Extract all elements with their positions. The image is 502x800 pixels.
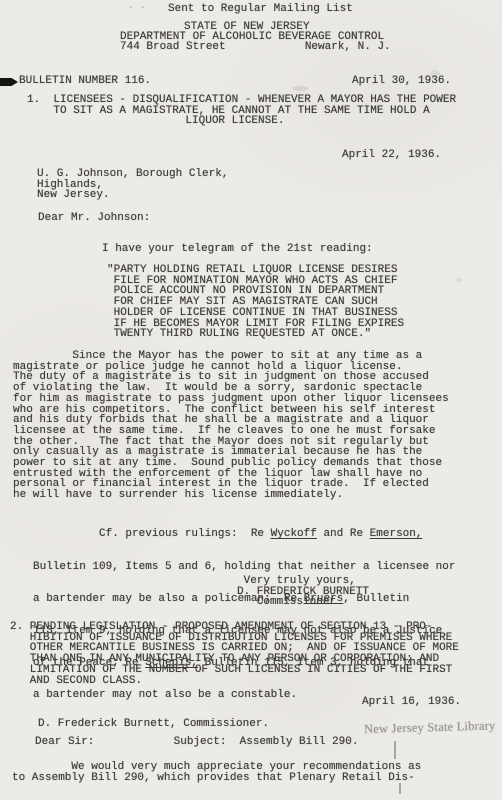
bulletin-title: BULLETIN NUMBER 116. bbox=[19, 76, 151, 87]
letter1-body-paragraph: Since the Mayor has the power to sit at … bbox=[13, 351, 449, 501]
letter1-date: April 22, 1936. bbox=[342, 150, 441, 161]
cf-line: Cf. previous rulings: Re Wyckoff and Re … bbox=[33, 529, 455, 540]
letter2-addressee: D. Frederick Burnett, Commissioner. bbox=[38, 719, 269, 730]
letter1-telegram-quote: "PARTY HOLDING RETAIL LIQUOR LICENSE DES… bbox=[107, 265, 404, 340]
letter1-addressee: U. G. Johnson, Borough Clerk, Highlands,… bbox=[37, 169, 228, 201]
letter1-cf-paragraph: Cf. previous rulings: Re Wyckoff and Re … bbox=[33, 508, 455, 722]
arrow-marker-icon bbox=[0, 78, 18, 86]
ink-smudge bbox=[455, 278, 463, 282]
letter2-salutation-subject: Dear Sir: Subject: Assembly Bill 290. bbox=[35, 737, 358, 748]
item2-heading: 2. PENDING LEGISLATION - PROPOSED AMENDM… bbox=[10, 622, 459, 686]
pencil-line bbox=[399, 783, 401, 794]
ink-smudge bbox=[292, 86, 308, 91]
cf-line: Bulletin 109, Items 5 and 6, holding tha… bbox=[33, 562, 455, 573]
letter2-body-paragraph: We would very much appreciate your recom… bbox=[12, 762, 421, 783]
letter1-intro: I have your telegram of the 21st reading… bbox=[102, 244, 373, 255]
mailing-note: Sent to Regular Mailing List bbox=[168, 4, 353, 15]
pencil-marks: - · bbox=[128, 3, 146, 14]
item1-heading: 1. LICENSEES - DISQUALIFICATION - WHENEV… bbox=[27, 95, 456, 127]
letterhead-address: 744 Broad Street Newark, N. J. bbox=[120, 42, 391, 53]
pencil-line bbox=[394, 741, 396, 759]
letter1-salutation: Dear Mr. Johnson: bbox=[38, 213, 150, 224]
letter2-date: April 16, 1936. bbox=[362, 697, 461, 708]
library-stamp: New Jersey State Library bbox=[364, 718, 502, 736]
letter1-signature-block: Very truly yours, D. FREDERICK BURNETT C… bbox=[237, 576, 369, 608]
scanned-bulletin-page: - · Sent to Regular Mailing List STATE O… bbox=[0, 0, 502, 800]
bulletin-date: April 30, 1936. bbox=[352, 76, 451, 87]
